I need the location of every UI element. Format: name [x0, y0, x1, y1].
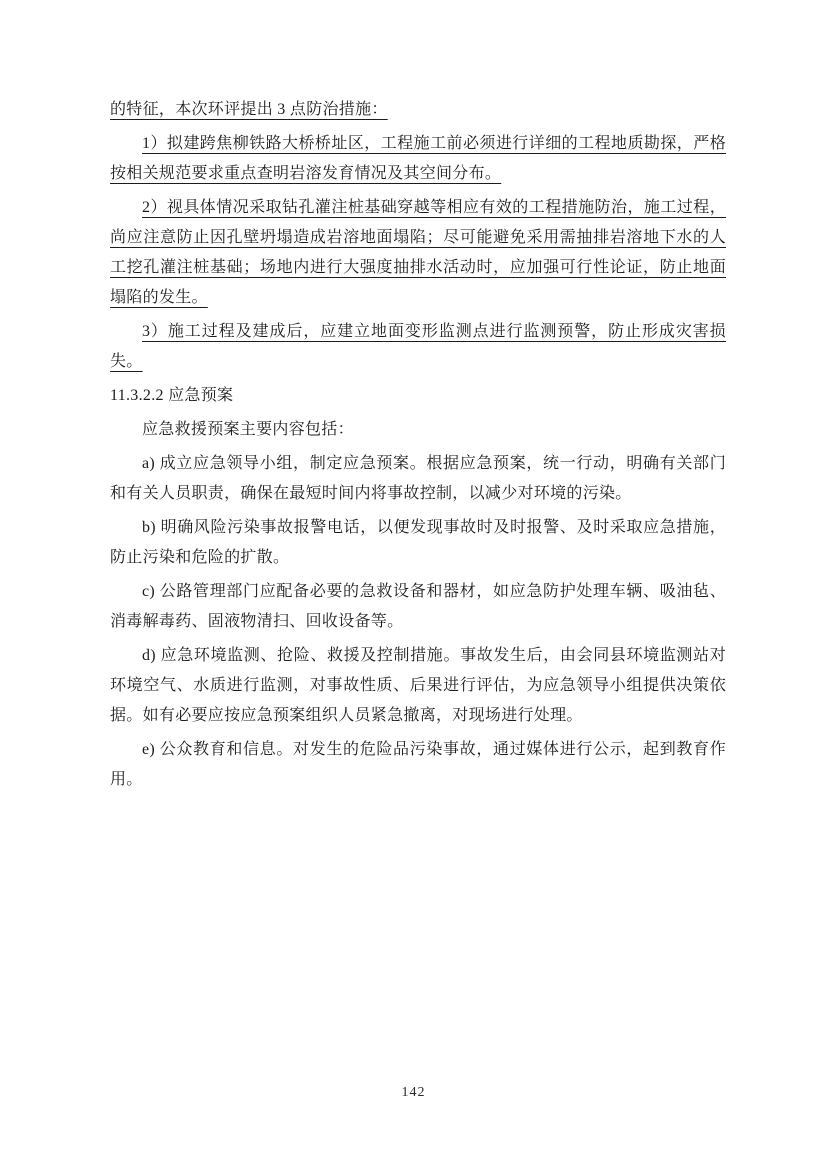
paragraph-plan-item-a: a) 成立应急领导小组，制定应急预案。根据应急预案，统一行动，明确有关部门和有关…: [110, 449, 726, 509]
page-number: 142: [402, 1085, 426, 1100]
section-heading: 11.3.2.2 应急预案: [110, 381, 726, 411]
document-page: 的特征，本次环评提出 3 点防治措施： 1）拟建跨焦柳铁路大桥桥址区，工程施工前…: [0, 0, 827, 1169]
paragraph-plan-item-d: d) 应急环境监测、抢险、救援及控制措施。事故发生后，由会同县环境监测站对环境空…: [110, 641, 726, 731]
paragraph-plan-item-e: e) 公众教育和信息。对发生的危险品污染事故，通过媒体进行公示，起到教育作用。: [110, 735, 726, 795]
paragraph-plan-intro: 应急救援预案主要内容包括：: [110, 415, 726, 445]
paragraph-plan-item-c: c) 公路管理部门应配备必要的急救设备和器材，如应急防护处理车辆、吸油毡、消毒解…: [110, 577, 726, 637]
document-body: 的特征，本次环评提出 3 点防治措施： 1）拟建跨焦柳铁路大桥桥址区，工程施工前…: [110, 95, 726, 799]
paragraph-continuation: 的特征，本次环评提出 3 点防治措施：: [110, 95, 726, 125]
paragraph-measure-3: 3）施工过程及建成后，应建立地面变形监测点进行监测预警，防止形成灾害损失。: [110, 317, 726, 377]
paragraph-measure-1: 1）拟建跨焦柳铁路大桥桥址区，工程施工前必须进行详细的工程地质勘探，严格按相关规…: [110, 129, 726, 189]
paragraph-measure-2: 2）视具体情况采取钻孔灌注桩基础穿越等相应有效的工程措施防治，施工过程，尚应注意…: [110, 193, 726, 313]
page-footer: 142: [0, 1085, 827, 1101]
paragraph-plan-item-b: b) 明确风险污染事故报警电话，以便发现事故时及时报警、及时采取应急措施，防止污…: [110, 513, 726, 573]
